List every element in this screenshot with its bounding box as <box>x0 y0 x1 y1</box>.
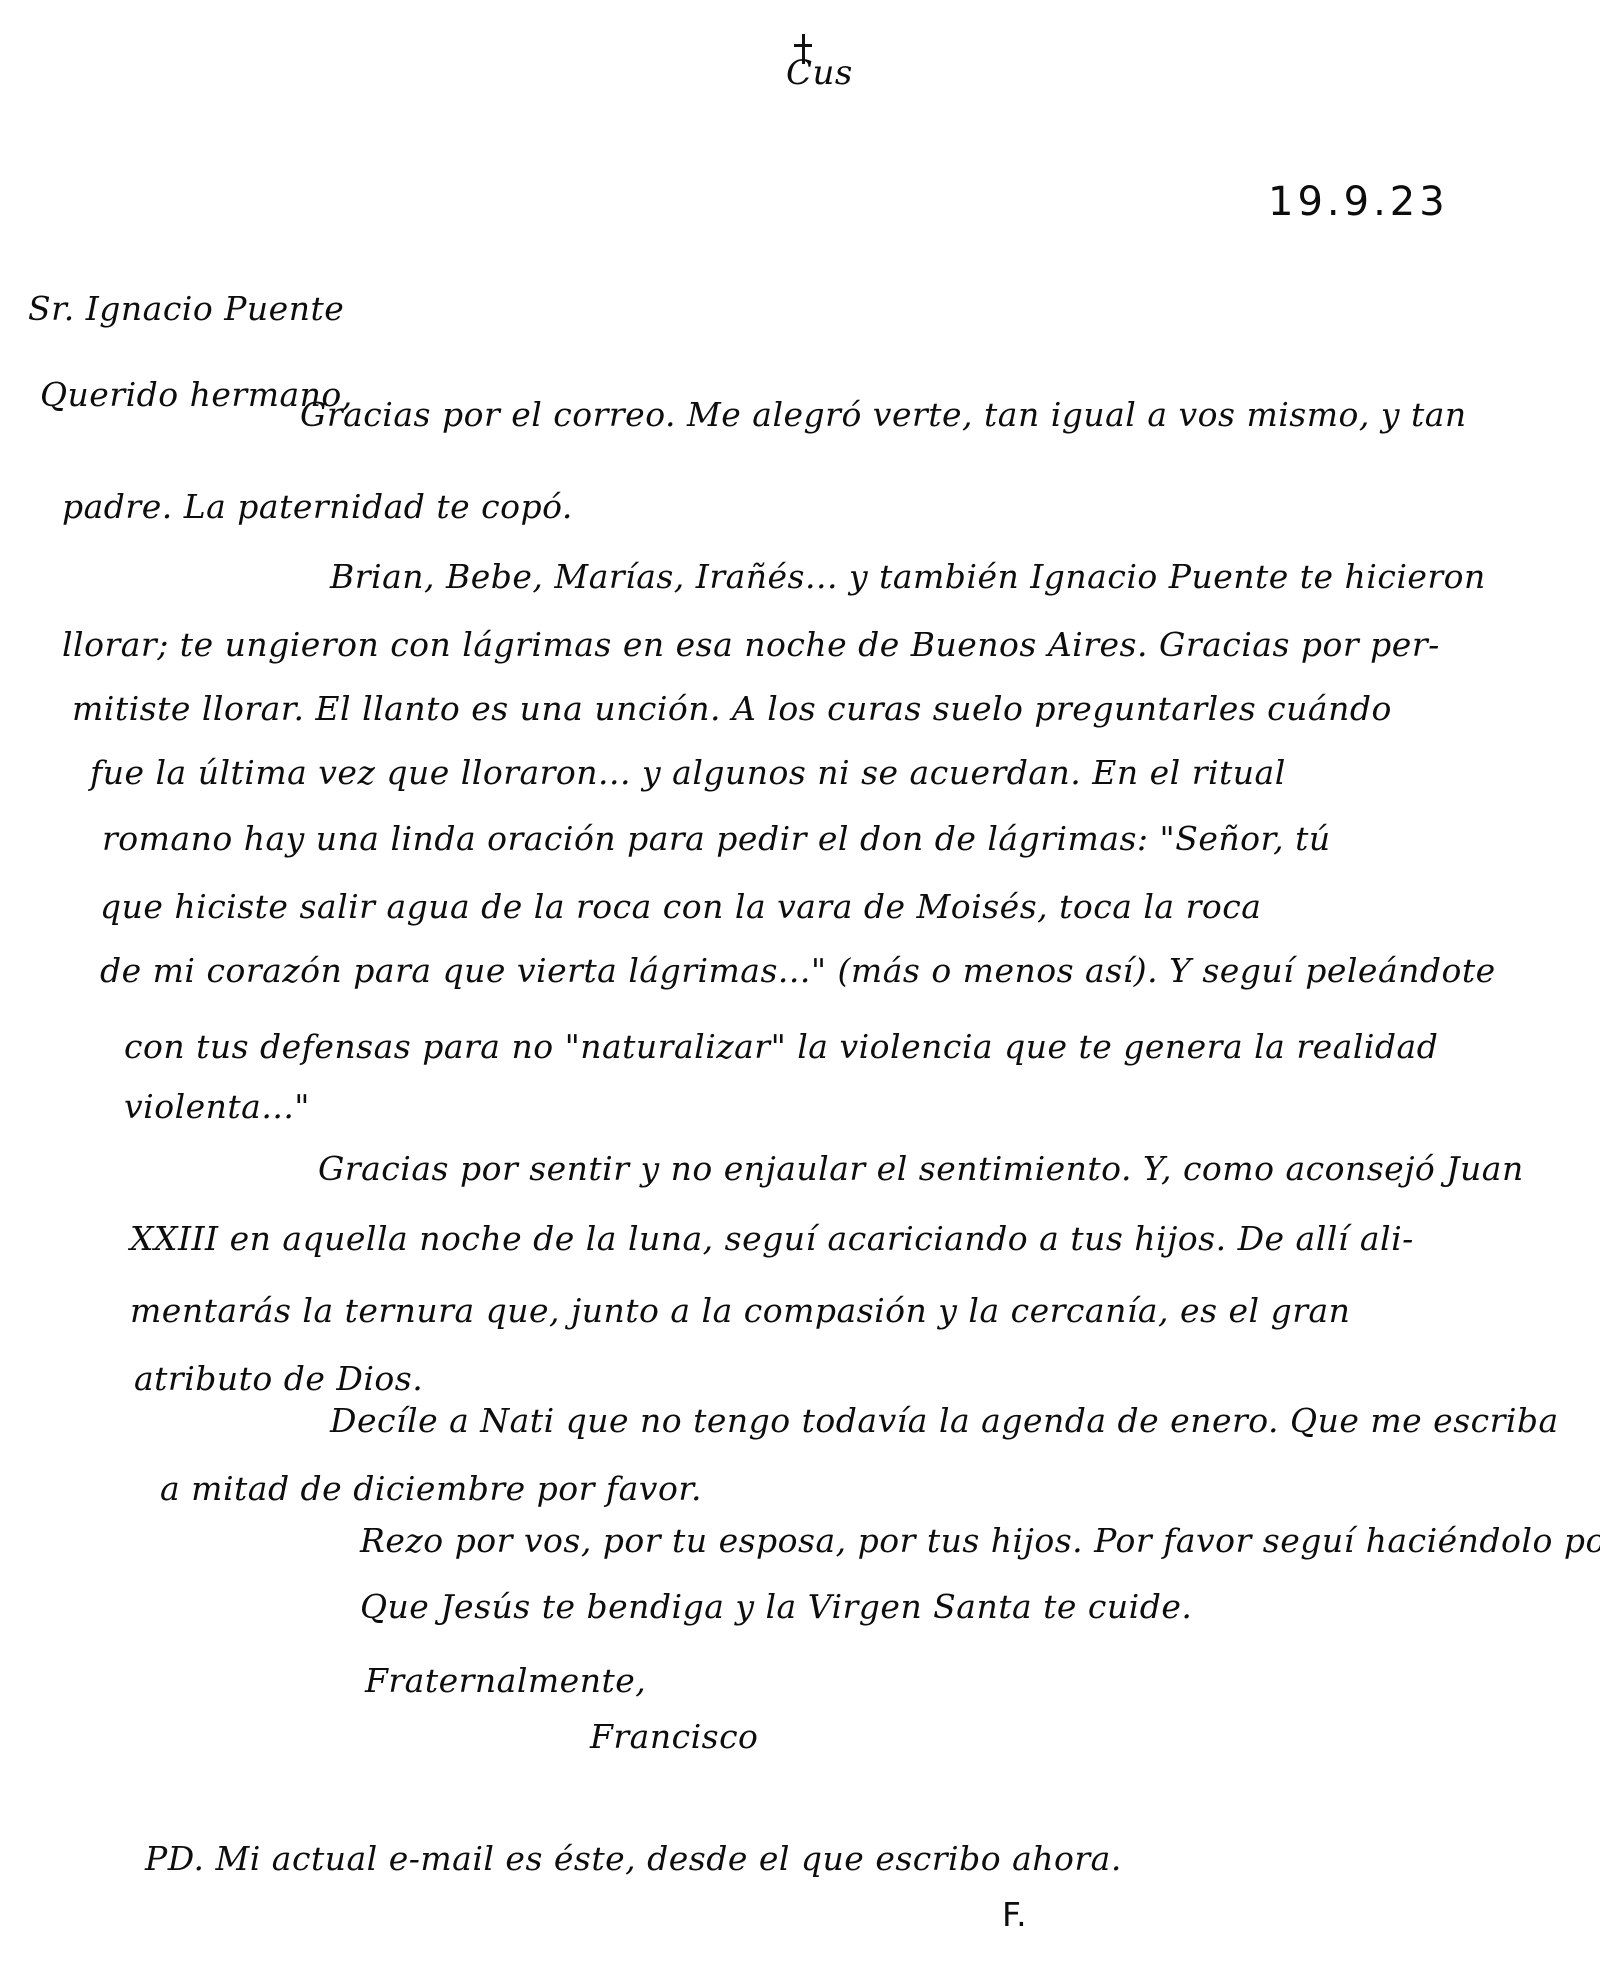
letter-line: romano hay una linda oración para pedir … <box>102 822 1331 855</box>
letter-line: a mitad de diciembre por favor. <box>160 1472 702 1505</box>
postscript-initial: F. <box>1002 1898 1027 1931</box>
postscript: PD. Mi actual e-mail es éste, desde el q… <box>145 1842 1122 1875</box>
letter-line: Brian, Bebe, Marías, Irañés... y también… <box>330 560 1486 593</box>
letter-line: que hiciste salir agua de la roca con la… <box>100 890 1261 923</box>
letter-line: Gracias por el correo. Me alegró verte, … <box>300 398 1467 431</box>
letter-line: violenta..." <box>124 1090 310 1123</box>
letter-page: Cus 19.9.23 Sr. Ignacio Puente Querido h… <box>0 0 1600 1973</box>
letter-line: mitiste llorar. El llanto es una unción.… <box>72 692 1392 725</box>
letter-line: llorar; te ungieron con lágrimas en esa … <box>62 628 1440 661</box>
letter-line: Rezo por vos, por tu esposa, por tus hij… <box>360 1524 1600 1557</box>
letter-line: de mi corazón para que vierta lágrimas..… <box>100 954 1496 987</box>
cross-monogram: Cus <box>782 30 842 100</box>
cross-icon-bar <box>794 44 812 47</box>
letter-line: fue la última vez que lloraron... y algu… <box>90 756 1286 789</box>
signature: Francisco <box>590 1720 758 1753</box>
letter-line: padre. La paternidad te copó. <box>62 490 573 523</box>
monogram: Cus <box>786 56 853 90</box>
letter-line: con tus defensas para no "naturalizar" l… <box>124 1030 1438 1063</box>
letter-line: mentarás la ternura que, junto a la comp… <box>130 1294 1350 1327</box>
letter-line: Gracias por sentir y no enjaular el sent… <box>318 1152 1524 1185</box>
letter-line: XXIII en aquella noche de la luna, seguí… <box>130 1222 1414 1255</box>
letter-date: 19.9.23 <box>1268 182 1449 222</box>
addressee: Sr. Ignacio Puente <box>28 292 344 325</box>
closing: Fraternalmente, <box>365 1664 646 1697</box>
letter-line: Que Jesús te bendiga y la Virgen Santa t… <box>360 1590 1192 1623</box>
letter-line: atributo de Dios. <box>134 1362 423 1395</box>
letter-line: Decíle a Nati que no tengo todavía la ag… <box>330 1404 1559 1437</box>
